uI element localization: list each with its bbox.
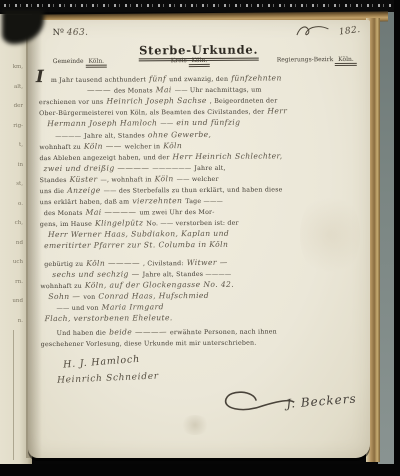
registry-annotation-number: 182. (338, 25, 361, 38)
certificate-content: Nº 463. 182. Sterbe-Urkunde. Gemeinde Kö… (0, 0, 400, 476)
handwritten-entry: Flach, verstorbenen Eheleute. (45, 313, 173, 323)
dropcap-initial: I (36, 67, 44, 87)
annotation-flourish-icon (294, 19, 340, 41)
signature-witness: Heinrich Schneider (57, 364, 159, 387)
form-line: geschehener Vorlesung, diese Urkunde mit… (41, 335, 260, 351)
handwritten-entry: Herr (267, 106, 287, 115)
form-line: emeritirter Pfarrer zur St. Columba in K… (44, 237, 231, 251)
field-regierungs-bezirk: Regierungs-Bezirk Köln. (277, 56, 357, 64)
field-gemeinde: Gemeinde Köln. (53, 58, 107, 65)
kreis-label: Kreis (171, 57, 187, 64)
form-line: Flach, verstorbenen Eheleute. (45, 310, 176, 324)
signature-witness-text: Heinrich Schneider (57, 372, 159, 386)
certificate-number-label: Nº (53, 28, 65, 38)
gemeinde-label: Gemeinde (53, 58, 84, 65)
field-kreis: Kreis Köln. (171, 57, 211, 64)
certificate-title: Sterbe-Urkunde. (117, 38, 281, 58)
signature-official: J. Beckers (286, 387, 358, 411)
handwritten-entry: emeritirter Pfarrer zur St. Columba in K… (44, 240, 228, 250)
kreis-value: Köln. (189, 57, 211, 67)
official-signature-flourish-icon (216, 382, 296, 421)
bezirk-value: Köln. (335, 56, 357, 66)
handwritten-entry: ein und fünfzig (176, 118, 240, 127)
gemeinde-value: Köln. (85, 58, 107, 68)
certificate-number-value: 463. (67, 28, 89, 38)
bezirk-label: Regierungs-Bezirk (277, 56, 334, 63)
signature-official-text: J. Beckers (286, 391, 357, 410)
scanned-death-certificate: km,alt,derrig-t,inst,o.ch,nduchrn.undn. … (0, 0, 400, 476)
printed-form-text: geschehener Vorlesung, diese Urkunde mit… (41, 340, 257, 349)
registry-annotation: 182. (294, 16, 362, 44)
certificate-number: Nº 463. (53, 28, 89, 38)
